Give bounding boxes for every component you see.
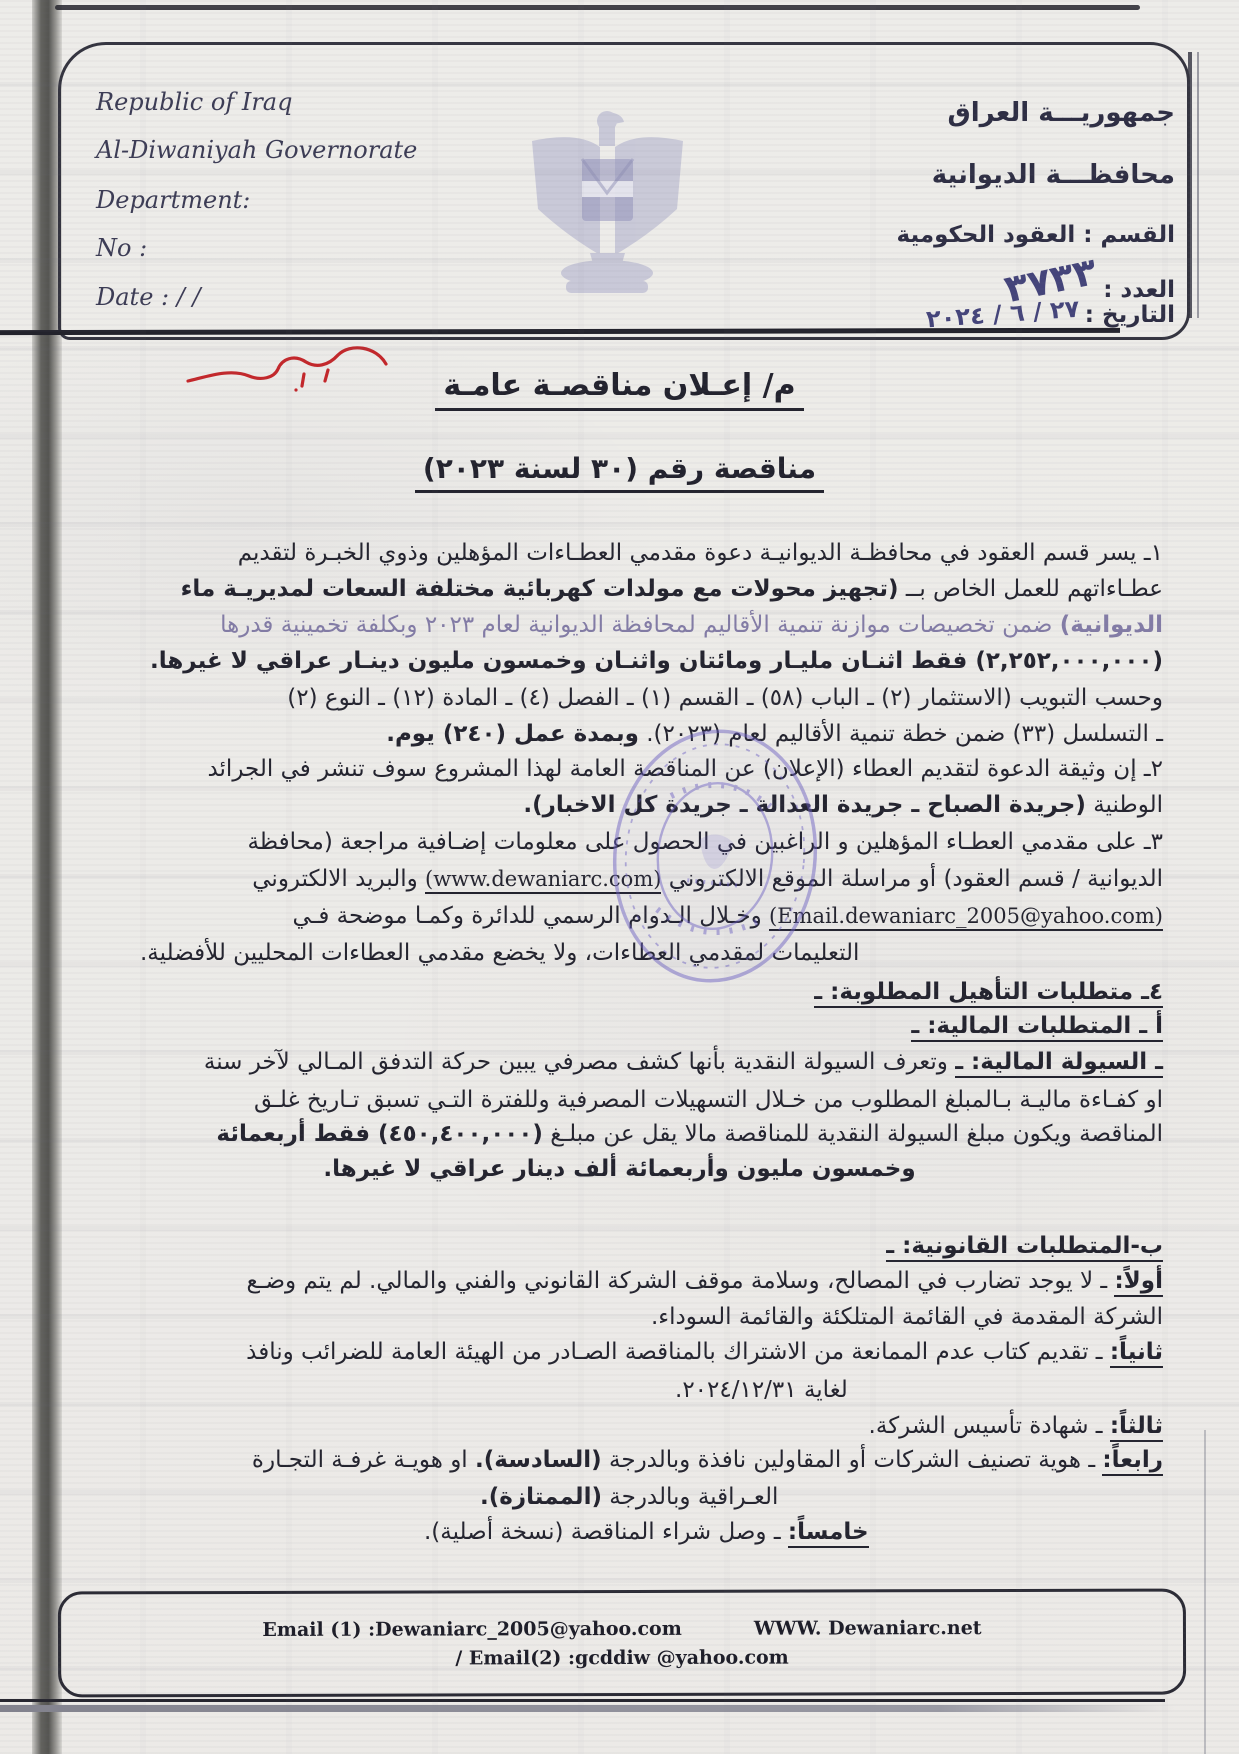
- text-segment: الشركة المقدمة في القائمة المتلكئة والقا…: [651, 1304, 1163, 1330]
- body-line: الوطنية (جريدة الصباح ـ جريدة العدالة ـ …: [523, 792, 1163, 818]
- text-segment: ـ لا يوجد تضارب في المصالح، وسلامة موقف …: [247, 1268, 1115, 1294]
- body-line: عطـاءاتهم للعمل الخاص بــ (تجهيز محولات …: [181, 576, 1163, 602]
- bottom-divider-line-thick: [0, 1705, 1175, 1712]
- text-segment: رابعاً:: [1102, 1447, 1163, 1476]
- body-line: ٤ـ متطلبات التأهيل المطلوبة: ـ: [814, 979, 1163, 1005]
- bottom-divider-line: [0, 1699, 1165, 1702]
- document-date-value: ٢٧ / ٦ / ٢٠٢٤: [925, 295, 1080, 334]
- text-segment: او كفـاءة ماليـة بـالمبلغ المطلوب من خـل…: [254, 1087, 1163, 1113]
- body-line: الديوانية / قسم العقود) أو مراسلة الموقع…: [252, 866, 1163, 892]
- tender-number-subtitle: مناقصة رقم (٣٠ لسنة ٢٠٢٣): [0, 452, 1239, 485]
- scan-right-faint-line: [1204, 1430, 1206, 1754]
- text-segment: ١ـ يسر قسم العقود في محافظـة الديوانيـة …: [238, 540, 1163, 566]
- text-segment: المناقصة ويكون مبلغ السيولة النقدية للمن…: [543, 1121, 1163, 1147]
- text-segment: (تجهيز محولات مع مولدات كهربائية مختلفة …: [181, 576, 899, 602]
- text-segment: ـ هوية تصنيف الشركات أو المقاولين نافذة …: [602, 1447, 1103, 1473]
- text-segment: والبريد الالكتروني: [252, 866, 425, 892]
- body-line: الشركة المقدمة في القائمة المتلكئة والقا…: [651, 1304, 1163, 1330]
- body-line: ثانياً: ـ تقديم كتاب عدم الممانعة من الا…: [246, 1339, 1163, 1365]
- text-segment: ٣ـ على مقدمي العطـاء المؤهلين و الراغبين…: [247, 829, 1163, 855]
- text-segment: ـ وصل شراء المناقصة (نسخة أصلية).: [424, 1519, 788, 1545]
- text-segment: (الممتازة).: [480, 1484, 602, 1510]
- text-segment: وتعرف السيولة النقدية بأنها كشف مصرفي يب…: [204, 1049, 955, 1075]
- body-line: أ ـ المتطلبات المالية: ـ: [911, 1013, 1163, 1039]
- text-segment: الوطنية: [1086, 792, 1163, 818]
- body-line: ٢ـ إن وثيقة الدعوة لتقديم العطاء (الإعلا…: [207, 756, 1163, 782]
- body-line: ـ التسلسل (٣٣) ضمن خطة تنمية الأقاليم لع…: [386, 721, 1163, 747]
- letterhead-number-en: No :: [96, 234, 147, 262]
- text-segment: ـ شهادة تأسيس الشركة.: [869, 1413, 1110, 1439]
- iraq-eagle-emblem-icon: [520, 103, 695, 312]
- text-segment: وخـلال الـدوام الرسمي للدائرة وكمـا موضح…: [292, 903, 769, 929]
- scan-right-edge-line-thin: [1197, 52, 1199, 318]
- text-segment: الديوانية / قسم العقود) أو مراسلة الموقع…: [661, 866, 1163, 892]
- letterhead-governorate-en: Al-Diwaniyah Governorate: [96, 136, 417, 164]
- text-segment: ـ التسلسل (٣٣) ضمن خطة تنمية الأقاليم لع…: [639, 721, 1163, 747]
- letterhead-section-ar: القسم : العقود الحكومية: [897, 222, 1175, 248]
- body-line: لغاية ٢٠٢٤/١٢/٣١.: [675, 1377, 848, 1403]
- body-line: التعليمات لمقدمي العطاءات، ولا يخضع مقدم…: [140, 940, 859, 966]
- body-line: أولاً: ـ لا يوجد تضارب في المصالح، وسلام…: [247, 1268, 1164, 1294]
- document-date-row: التاريخ : ٢٧ / ٦ / ٢٠٢٤: [926, 300, 1175, 328]
- footer-contact-box: Email (1) :Dewaniarc_2005@yahoo.com WWW.…: [58, 1589, 1186, 1698]
- text-segment: وحسب التبويب (الاستثمار (٢) ـ الباب (٥٨)…: [287, 685, 1163, 711]
- body-line: ٣ـ على مقدمي العطـاء المؤهلين و الراغبين…: [247, 829, 1163, 855]
- link-text: (Email.dewaniarc_2005@yahoo.com): [769, 904, 1163, 931]
- body-line: وحسب التبويب (الاستثمار (٢) ـ الباب (٥٨)…: [287, 685, 1163, 711]
- text-segment: ثانياً:: [1110, 1339, 1163, 1368]
- letterhead-department-en: Department:: [96, 186, 250, 214]
- link-text: (www.dewaniarc.com): [425, 867, 661, 894]
- letterhead-country-ar: جمهوريـــة العراق: [947, 98, 1175, 128]
- document-page: Republic of Iraq Al-Diwaniyah Governorat…: [0, 0, 1239, 1754]
- text-segment: خامساً:: [788, 1519, 869, 1548]
- text-segment: التعليمات لمقدمي العطاءات، ولا يخضع مقدم…: [140, 940, 859, 966]
- text-segment: وبمدة عمل (٢٤٠) يوم.: [386, 721, 639, 747]
- footer-email2: / Email(2) :gcddiw @yahoo.com: [455, 1646, 789, 1669]
- body-line: (Email.dewaniarc_2005@yahoo.com) وخـلال …: [292, 903, 1163, 929]
- letterhead-date-en: Date : / /: [96, 283, 201, 311]
- text-segment: العـراقية وبالدرجة: [602, 1484, 778, 1510]
- document-title: م/ إعـلان مناقصـة عامـة: [0, 368, 1239, 403]
- body-line: خامساً: ـ وصل شراء المناقصة (نسخة أصلية)…: [424, 1519, 869, 1545]
- text-segment: ضمن تخصيصات موازنة تنمية الأقاليم لمحافظ…: [220, 612, 1060, 638]
- body-line: ب-المتطلبات القانونية: ـ: [886, 1233, 1163, 1259]
- text-segment: أ ـ المتطلبات المالية: ـ: [911, 1013, 1163, 1042]
- scan-top-edge-line: [55, 5, 1140, 10]
- text-segment: ٢ـ إن وثيقة الدعوة لتقديم العطاء (الإعلا…: [207, 756, 1163, 782]
- body-line: رابعاً: ـ هوية تصنيف الشركات أو المقاولي…: [252, 1447, 1163, 1473]
- letterhead-country-en: Republic of Iraq: [96, 88, 292, 116]
- text-segment: ثالثاً:: [1110, 1413, 1163, 1442]
- text-segment: لغاية ٢٠٢٤/١٢/٣١.: [675, 1377, 848, 1403]
- document-date-label: التاريخ :: [1085, 302, 1175, 328]
- body-line: الديوانية) ضمن تخصيصات موازنة تنمية الأق…: [220, 612, 1163, 638]
- text-segment: ٤ـ متطلبات التأهيل المطلوبة: ـ: [814, 979, 1163, 1008]
- body-line: العـراقية وبالدرجة (الممتازة).: [480, 1484, 778, 1510]
- body-line: ١ـ يسر قسم العقود في محافظـة الديوانيـة …: [238, 540, 1163, 566]
- body-line: (٢,٢٥٢,٠٠٠,٠٠٠) فقط اثنـان مليـار ومائتا…: [150, 648, 1163, 674]
- text-segment: عطـاءاتهم للعمل الخاص بــ: [899, 576, 1163, 602]
- text-segment: (السادسة).: [475, 1447, 602, 1473]
- text-segment: (٢,٢٥٢,٠٠٠,٠٠٠) فقط اثنـان مليـار ومائتا…: [150, 648, 1163, 674]
- footer-email1: Email (1) :Dewaniarc_2005@yahoo.com: [262, 1617, 682, 1640]
- text-segment: الديوانية): [1060, 612, 1163, 638]
- body-line: المناقصة ويكون مبلغ السيولة النقدية للمن…: [216, 1121, 1163, 1147]
- text-segment: أولاً:: [1114, 1268, 1163, 1297]
- footer-website: WWW. Dewaniarc.net: [754, 1617, 982, 1640]
- text-segment: ـ السيولة المالية: ـ: [955, 1049, 1163, 1078]
- letterhead-governorate-ar: محافظـــة الديوانية: [932, 160, 1175, 190]
- footer-row-1: Email (1) :Dewaniarc_2005@yahoo.com WWW.…: [262, 1617, 981, 1641]
- body-line: ـ السيولة المالية: ـ وتعرف السيولة النقد…: [204, 1049, 1163, 1075]
- text-segment: ـ تقديم كتاب عدم الممانعة من الاشتراك با…: [246, 1339, 1110, 1365]
- text-segment: (٤٥٠,٤٠٠,٠٠٠) فقط أربعمائة: [216, 1121, 543, 1147]
- text-segment: (جريدة الصباح ـ جريدة العدالة ـ جريدة كل…: [523, 792, 1086, 818]
- text-segment: او هويـة غرفـة التجـارة: [252, 1447, 475, 1473]
- body-line: وخمسون مليون وأربعمائة ألف دينار عراقي ل…: [0, 1156, 1239, 1182]
- text-segment: ب-المتطلبات القانونية: ـ: [886, 1233, 1163, 1262]
- body-line: ثالثاً: ـ شهادة تأسيس الشركة.: [869, 1413, 1163, 1439]
- text-segment: وخمسون مليون وأربعمائة ألف دينار عراقي ل…: [323, 1156, 915, 1182]
- body-line: او كفـاءة ماليـة بـالمبلغ المطلوب من خـل…: [254, 1087, 1163, 1113]
